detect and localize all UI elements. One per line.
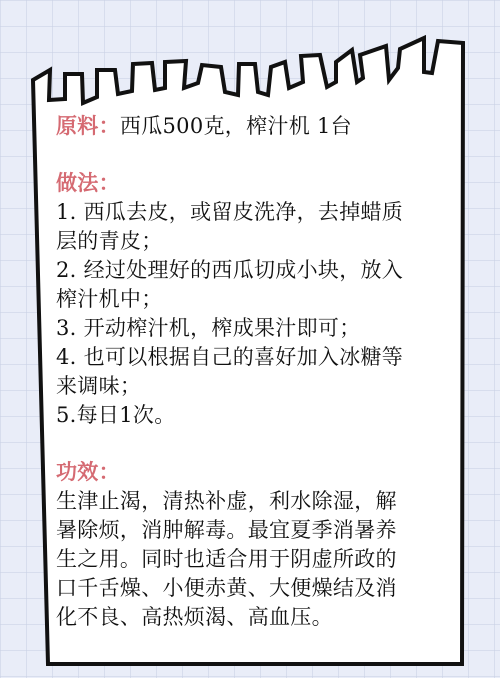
- recipe-content: 原料：西瓜500克，榨汁机 1台 做法： 1. 西瓜去皮，或留皮洗净，去掉蜡质 …: [56, 112, 456, 632]
- ingredients-row: 原料：西瓜500克，榨汁机 1台: [56, 112, 456, 141]
- method-line: 3. 开动榨汁机，榨成果汁即可；: [56, 314, 456, 343]
- effects-line: 口千舌燥、小便赤黄、大便燥结及消: [56, 574, 456, 603]
- method-line: 1. 西瓜去皮，或留皮洗净，去掉蜡质: [56, 198, 456, 227]
- method-line: 4. 也可以根据自己的喜好加入冰糖等: [56, 343, 456, 372]
- method-section: 做法： 1. 西瓜去皮，或留皮洗净，去掉蜡质 层的青皮； 2. 经过处理好的西瓜…: [56, 169, 456, 430]
- method-label: 做法：: [56, 169, 456, 198]
- effects-line: 化不良、高热烦渴、高血压。: [56, 603, 456, 632]
- effects-section: 功效： 生津止渴，清热补虚，利水除湿，解 暑除烦，消肿解毒。最宜夏季消暑养 生之…: [56, 458, 456, 632]
- ingredients-label: 原料：: [56, 114, 120, 138]
- effects-line: 暑除烦，消肿解毒。最宜夏季消暑养: [56, 516, 456, 545]
- effects-line: 生津止渴，清热补虚，利水除湿，解: [56, 487, 456, 516]
- spacer: [56, 141, 456, 169]
- method-line: 榨汁机中；: [56, 285, 456, 314]
- effects-label: 功效：: [56, 458, 456, 487]
- method-line: 层的青皮；: [56, 227, 456, 256]
- effects-line: 生之用。同时也适合用于阴虚所政的: [56, 545, 456, 574]
- method-line: 2. 经过处理好的西瓜切成小块，放入: [56, 256, 456, 285]
- method-line: 来调味；: [56, 372, 456, 401]
- spacer: [56, 430, 456, 458]
- ingredients-text: 西瓜500克，榨汁机 1台: [120, 114, 352, 138]
- method-line: 5.每日1次。: [56, 401, 456, 430]
